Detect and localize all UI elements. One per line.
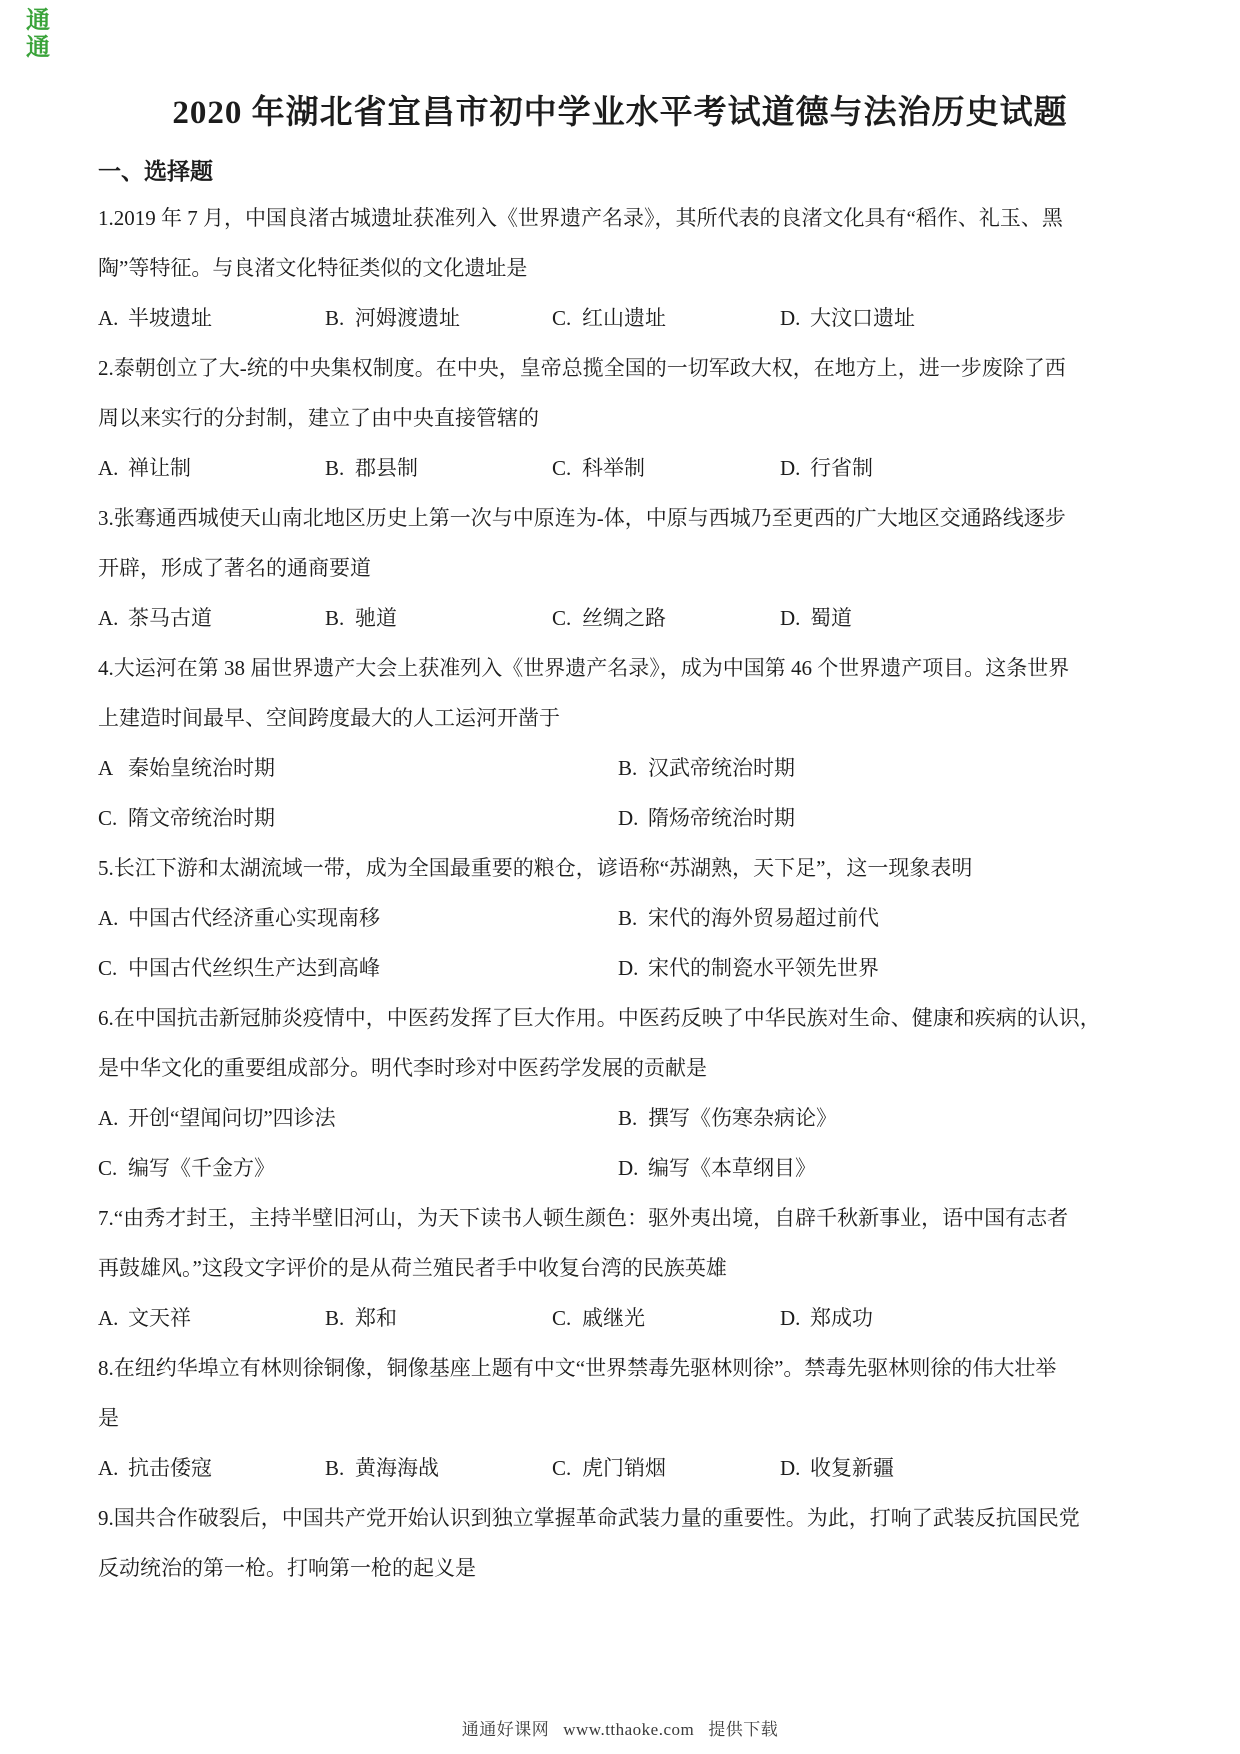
- option-text: 开创“望闻问切”四诊法: [128, 1102, 336, 1132]
- options-row: C.隋文帝统治时期D.隋炀帝统治时期: [98, 792, 1142, 842]
- option-text: 宋代的制瓷水平领先世界: [648, 952, 879, 982]
- option-label: C.: [552, 606, 582, 631]
- option-c: C.戚继光: [552, 1302, 780, 1332]
- option-text: 禅让制: [128, 452, 191, 482]
- footer-url: www.tthaoke.com: [563, 1720, 694, 1739]
- question-text-line: 陶”等特征。与良渚文化特征类似的文化遗址是: [98, 242, 1142, 292]
- option-label: A.: [98, 456, 128, 481]
- option-text: 中国古代丝织生产达到高峰: [128, 952, 380, 982]
- options-row: A.茶马古道B.驰道C.丝绸之路D.蜀道: [98, 592, 1142, 642]
- option-label: D.: [780, 456, 810, 481]
- option-text: 行省制: [810, 452, 873, 482]
- site-watermark: 通 通: [26, 8, 50, 62]
- option-text: 撰写《伤寒杂病论》: [648, 1102, 837, 1132]
- option-d: D.大汶口遗址: [780, 302, 1142, 332]
- options-row: A.禅让制B.郡县制C.科举制D.行省制: [98, 442, 1142, 492]
- option-d: D.收复新疆: [780, 1452, 1142, 1482]
- option-label: B.: [325, 606, 355, 631]
- option-b: B.黄海海战: [325, 1452, 552, 1482]
- question-text-line: 周以来实行的分封制，建立了由中央直接管辖的: [98, 392, 1142, 442]
- option-text: 茶马古道: [128, 602, 212, 632]
- question-text-line: 5.长江下游和太湖流域一带，成为全国最重要的粮仓，谚语称“苏湖熟，天下足”，这一…: [98, 842, 1142, 892]
- option-label: A.: [98, 606, 128, 631]
- question-text-line: 9.国共合作破裂后，中国共产党开始认识到独立掌握革命武装力量的重要性。为此，打响…: [98, 1492, 1142, 1542]
- option-text: 半坡遗址: [128, 302, 212, 332]
- option-label: A.: [98, 1306, 128, 1331]
- option-text: 蜀道: [810, 602, 852, 632]
- option-label: C.: [552, 456, 582, 481]
- option-label: C.: [98, 956, 128, 981]
- option-text: 大汶口遗址: [810, 302, 915, 332]
- option-label: D.: [780, 606, 810, 631]
- options-row: A.半坡遗址B.河姆渡遗址C.红山遗址D.大汶口遗址: [98, 292, 1142, 342]
- option-label: D.: [618, 806, 648, 831]
- option-text: 黄海海战: [355, 1452, 439, 1482]
- options-row: A.开创“望闻问切”四诊法B.撰写《伤寒杂病论》: [98, 1092, 1142, 1142]
- question-text-line: 7.“由秀才封王，主持半壁旧河山，为天下读书人顿生颜色：驱外夷出境，自辟千秋新事…: [98, 1192, 1142, 1242]
- option-text: 隋炀帝统治时期: [648, 802, 795, 832]
- question-text-line: 上建造时间最早、空间跨度最大的人工运河开凿于: [98, 692, 1142, 742]
- section-heading: 一、选择题: [98, 153, 1142, 186]
- option-d: D.蜀道: [780, 602, 1142, 632]
- question-block: 9.国共合作破裂后，中国共产党开始认识到独立掌握革命武装力量的重要性。为此，打响…: [98, 1492, 1142, 1592]
- option-d: D.编写《本草纲目》: [618, 1152, 1142, 1182]
- question-text-line: 8.在纽约华埠立有林则徐铜像，铜像基座上题有中文“世界禁毒先驱林则徐”。禁毒先驱…: [98, 1342, 1142, 1392]
- option-a: A.中国古代经济重心实现南移: [98, 902, 618, 932]
- option-d: D.行省制: [780, 452, 1142, 482]
- question-text-line: 是中华文化的重要组成部分。明代李时珍对中医药学发展的贡献是: [98, 1042, 1142, 1092]
- option-text: 红山遗址: [582, 302, 666, 332]
- option-a: A.茶马古道: [98, 602, 325, 632]
- option-text: 驰道: [355, 602, 397, 632]
- option-text: 郡县制: [355, 452, 418, 482]
- option-text: 郑成功: [810, 1302, 873, 1332]
- option-label: B.: [325, 1306, 355, 1331]
- option-a: A秦始皇统治时期: [98, 752, 618, 782]
- question-list: 1.2019 年 7 月，中国良渚古城遗址获准列入《世界遗产名录》，其所代表的良…: [98, 192, 1142, 1592]
- option-text: 戚继光: [582, 1302, 645, 1332]
- question-text-line: 反动统治的第一枪。打响第一枪的起义是: [98, 1542, 1142, 1592]
- option-c: C.红山遗址: [552, 302, 780, 332]
- question-block: 5.长江下游和太湖流域一带，成为全国最重要的粮仓，谚语称“苏湖熟，天下足”，这一…: [98, 842, 1142, 992]
- option-c: C.丝绸之路: [552, 602, 780, 632]
- option-label: B.: [325, 306, 355, 331]
- question-block: 2.泰朝创立了大-统的中央集权制度。在中央，皇帝总揽全国的一切军政大权，在地方上…: [98, 342, 1142, 492]
- question-text-line: 2.泰朝创立了大-统的中央集权制度。在中央，皇帝总揽全国的一切军政大权，在地方上…: [98, 342, 1142, 392]
- footer-site-name: 通通好课网: [462, 1720, 550, 1739]
- option-b: B.汉武帝统治时期: [618, 752, 1142, 782]
- question-text-line: 开辟，形成了著名的通商要道: [98, 542, 1142, 592]
- options-row: A.文天祥B.郑和C.戚继光D.郑成功: [98, 1292, 1142, 1342]
- option-b: B.驰道: [325, 602, 552, 632]
- option-label: B.: [325, 1456, 355, 1481]
- question-text-line: 1.2019 年 7 月，中国良渚古城遗址获准列入《世界遗产名录》，其所代表的良…: [98, 192, 1142, 242]
- question-text-line: 再鼓雄风。”这段文字评价的是从荷兰殖民者手中收复台湾的民族英雄: [98, 1242, 1142, 1292]
- option-b: B.郑和: [325, 1302, 552, 1332]
- option-text: 中国古代经济重心实现南移: [128, 902, 380, 932]
- question-text-line: 是: [98, 1392, 1142, 1442]
- option-b: B.河姆渡遗址: [325, 302, 552, 332]
- option-label: C.: [552, 1306, 582, 1331]
- question-block: 1.2019 年 7 月，中国良渚古城遗址获准列入《世界遗产名录》，其所代表的良…: [98, 192, 1142, 342]
- option-b: B.宋代的海外贸易超过前代: [618, 902, 1142, 932]
- watermark-glyph: 通: [26, 35, 50, 62]
- question-block: 4.大运河在第 38 届世界遗产大会上获准列入《世界遗产名录》，成为中国第 46…: [98, 642, 1142, 842]
- option-label: D.: [780, 1306, 810, 1331]
- question-block: 8.在纽约华埠立有林则徐铜像，铜像基座上题有中文“世界禁毒先驱林则徐”。禁毒先驱…: [98, 1342, 1142, 1492]
- watermark-glyph: 通: [26, 8, 50, 35]
- question-block: 6.在中国抗击新冠肺炎疫情中，中医药发挥了巨大作用。中医药反映了中华民族对生命、…: [98, 992, 1142, 1192]
- options-row: A.中国古代经济重心实现南移B.宋代的海外贸易超过前代: [98, 892, 1142, 942]
- option-text: 编写《本草纲目》: [648, 1152, 816, 1182]
- option-label: A.: [98, 306, 128, 331]
- option-label: A.: [98, 906, 128, 931]
- option-text: 秦始皇统治时期: [128, 752, 275, 782]
- question-text-line: 6.在中国抗击新冠肺炎疫情中，中医药发挥了巨大作用。中医药反映了中华民族对生命、…: [98, 992, 1142, 1042]
- options-row: C.编写《千金方》D.编写《本草纲目》: [98, 1142, 1142, 1192]
- option-a: A.开创“望闻问切”四诊法: [98, 1102, 618, 1132]
- option-label: C.: [552, 306, 582, 331]
- option-a: A.禅让制: [98, 452, 325, 482]
- option-label: B.: [618, 756, 648, 781]
- option-label: D.: [780, 1456, 810, 1481]
- option-c: C.隋文帝统治时期: [98, 802, 618, 832]
- option-label: C.: [98, 1156, 128, 1181]
- option-c: C.中国古代丝织生产达到高峰: [98, 952, 618, 982]
- option-a: A.文天祥: [98, 1302, 325, 1332]
- option-label: D.: [780, 306, 810, 331]
- option-label: A.: [98, 1456, 128, 1481]
- option-label: B.: [618, 1106, 648, 1131]
- question-block: 7.“由秀才封王，主持半壁旧河山，为天下读书人顿生颜色：驱外夷出境，自辟千秋新事…: [98, 1192, 1142, 1342]
- option-text: 文天祥: [128, 1302, 191, 1332]
- options-row: A.抗击倭寇B.黄海海战C.虎门销烟D.收复新疆: [98, 1442, 1142, 1492]
- option-text: 河姆渡遗址: [355, 302, 460, 332]
- document-page: 通 通 2020 年湖北省宜昌市初中学业水平考试道德与法治历史试题 一、选择题 …: [0, 0, 1240, 1754]
- option-label: D.: [618, 956, 648, 981]
- question-text-line: 3.张骞通西城使天山南北地区历史上第一次与中原连为-体，中原与西城乃至更西的广大…: [98, 492, 1142, 542]
- option-c: C.科举制: [552, 452, 780, 482]
- option-label: B.: [618, 906, 648, 931]
- exam-title: 2020 年湖北省宜昌市初中学业水平考试道德与法治历史试题: [98, 86, 1142, 133]
- option-text: 隋文帝统治时期: [128, 802, 275, 832]
- option-text: 丝绸之路: [582, 602, 666, 632]
- option-b: B.撰写《伤寒杂病论》: [618, 1102, 1142, 1132]
- option-label: D.: [618, 1156, 648, 1181]
- option-c: C.虎门销烟: [552, 1452, 780, 1482]
- option-text: 郑和: [355, 1302, 397, 1332]
- footer-note: 提供下载: [708, 1720, 778, 1739]
- option-text: 编写《千金方》: [128, 1152, 275, 1182]
- option-text: 抗击倭寇: [128, 1452, 212, 1482]
- option-label: A.: [98, 1106, 128, 1131]
- option-a: A.抗击倭寇: [98, 1452, 325, 1482]
- options-row: C.中国古代丝织生产达到高峰D.宋代的制瓷水平领先世界: [98, 942, 1142, 992]
- option-b: B.郡县制: [325, 452, 552, 482]
- option-label: C.: [552, 1456, 582, 1481]
- option-text: 宋代的海外贸易超过前代: [648, 902, 879, 932]
- option-text: 汉武帝统治时期: [648, 752, 795, 782]
- option-text: 科举制: [582, 452, 645, 482]
- question-block: 3.张骞通西城使天山南北地区历史上第一次与中原连为-体，中原与西城乃至更西的广大…: [98, 492, 1142, 642]
- option-label: B.: [325, 456, 355, 481]
- options-row: A秦始皇统治时期B.汉武帝统治时期: [98, 742, 1142, 792]
- option-d: D.宋代的制瓷水平领先世界: [618, 952, 1142, 982]
- option-label: C.: [98, 806, 128, 831]
- option-text: 收复新疆: [810, 1452, 894, 1482]
- option-a: A.半坡遗址: [98, 302, 325, 332]
- page-footer: 通通好课网www.tthaoke.com提供下载: [0, 1715, 1240, 1740]
- option-c: C.编写《千金方》: [98, 1152, 618, 1182]
- option-d: D.郑成功: [780, 1302, 1142, 1332]
- option-d: D.隋炀帝统治时期: [618, 802, 1142, 832]
- question-text-line: 4.大运河在第 38 届世界遗产大会上获准列入《世界遗产名录》，成为中国第 46…: [98, 642, 1142, 692]
- option-label: A: [98, 756, 128, 781]
- option-text: 虎门销烟: [582, 1452, 666, 1482]
